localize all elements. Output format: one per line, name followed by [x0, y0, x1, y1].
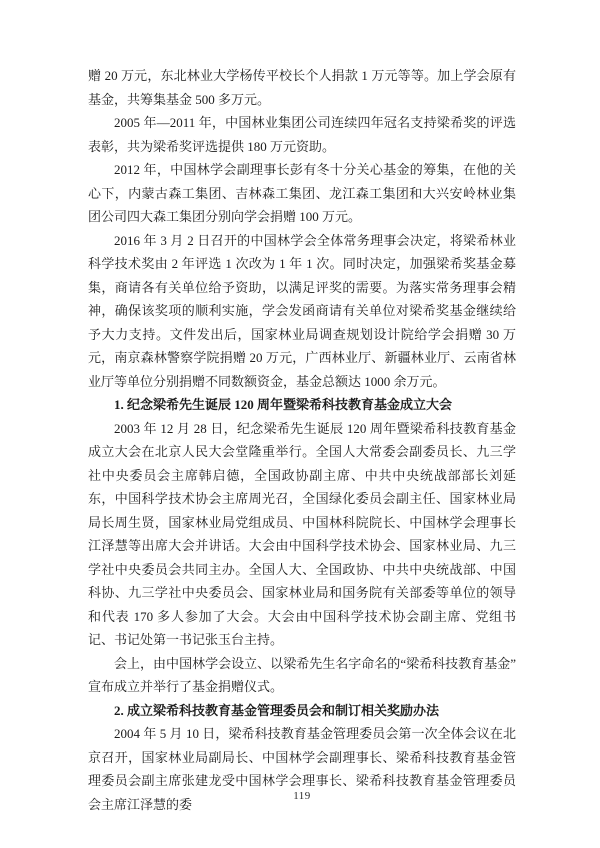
paragraph-fund-announcement: 会上，由中国林学会设立、以梁希先生名字命名的“梁希科技教育基金”宣布成立并举行了…: [88, 652, 516, 699]
paragraph-2016-council-decision: 2016 年 3 月 2 日召开的中国林学会全体常务理事会决定，将梁希林业科学技…: [88, 229, 516, 394]
paragraph-2012-forestry-groups: 2012 年，中国林学会副理事长彭有冬十分关心基金的筹集，在他的关心下，内蒙古森…: [88, 158, 516, 229]
section-heading-1: 1. 纪念梁希先生诞辰 120 周年暨梁希科技教育基金成立大会: [88, 393, 516, 417]
paragraph-2003-founding-ceremony: 2003 年 12 月 28 日，纪念梁希先生诞辰 120 周年暨梁希科技教育基…: [88, 417, 516, 652]
section-heading-2: 2. 成立梁希科技教育基金管理委员会和制订相关奖励办法: [88, 699, 516, 723]
document-page: 赠 20 万元，东北林业大学杨传平校长个人捐款 1 万元等等。加上学会原有基金，…: [0, 0, 600, 848]
paragraph-donations-continued: 赠 20 万元，东北林业大学杨传平校长个人捐款 1 万元等等。加上学会原有基金，…: [88, 64, 516, 111]
paragraph-2005-2011-sponsorship: 2005 年—2011 年，中国林业集团公司连续四年冠名支持梁希奖的评选表彰，共…: [88, 111, 516, 158]
page-content: 赠 20 万元，东北林业大学杨传平校长个人捐款 1 万元等等。加上学会原有基金，…: [88, 64, 516, 816]
page-footer: 119: [88, 786, 516, 804]
page-number: 119: [293, 790, 311, 802]
